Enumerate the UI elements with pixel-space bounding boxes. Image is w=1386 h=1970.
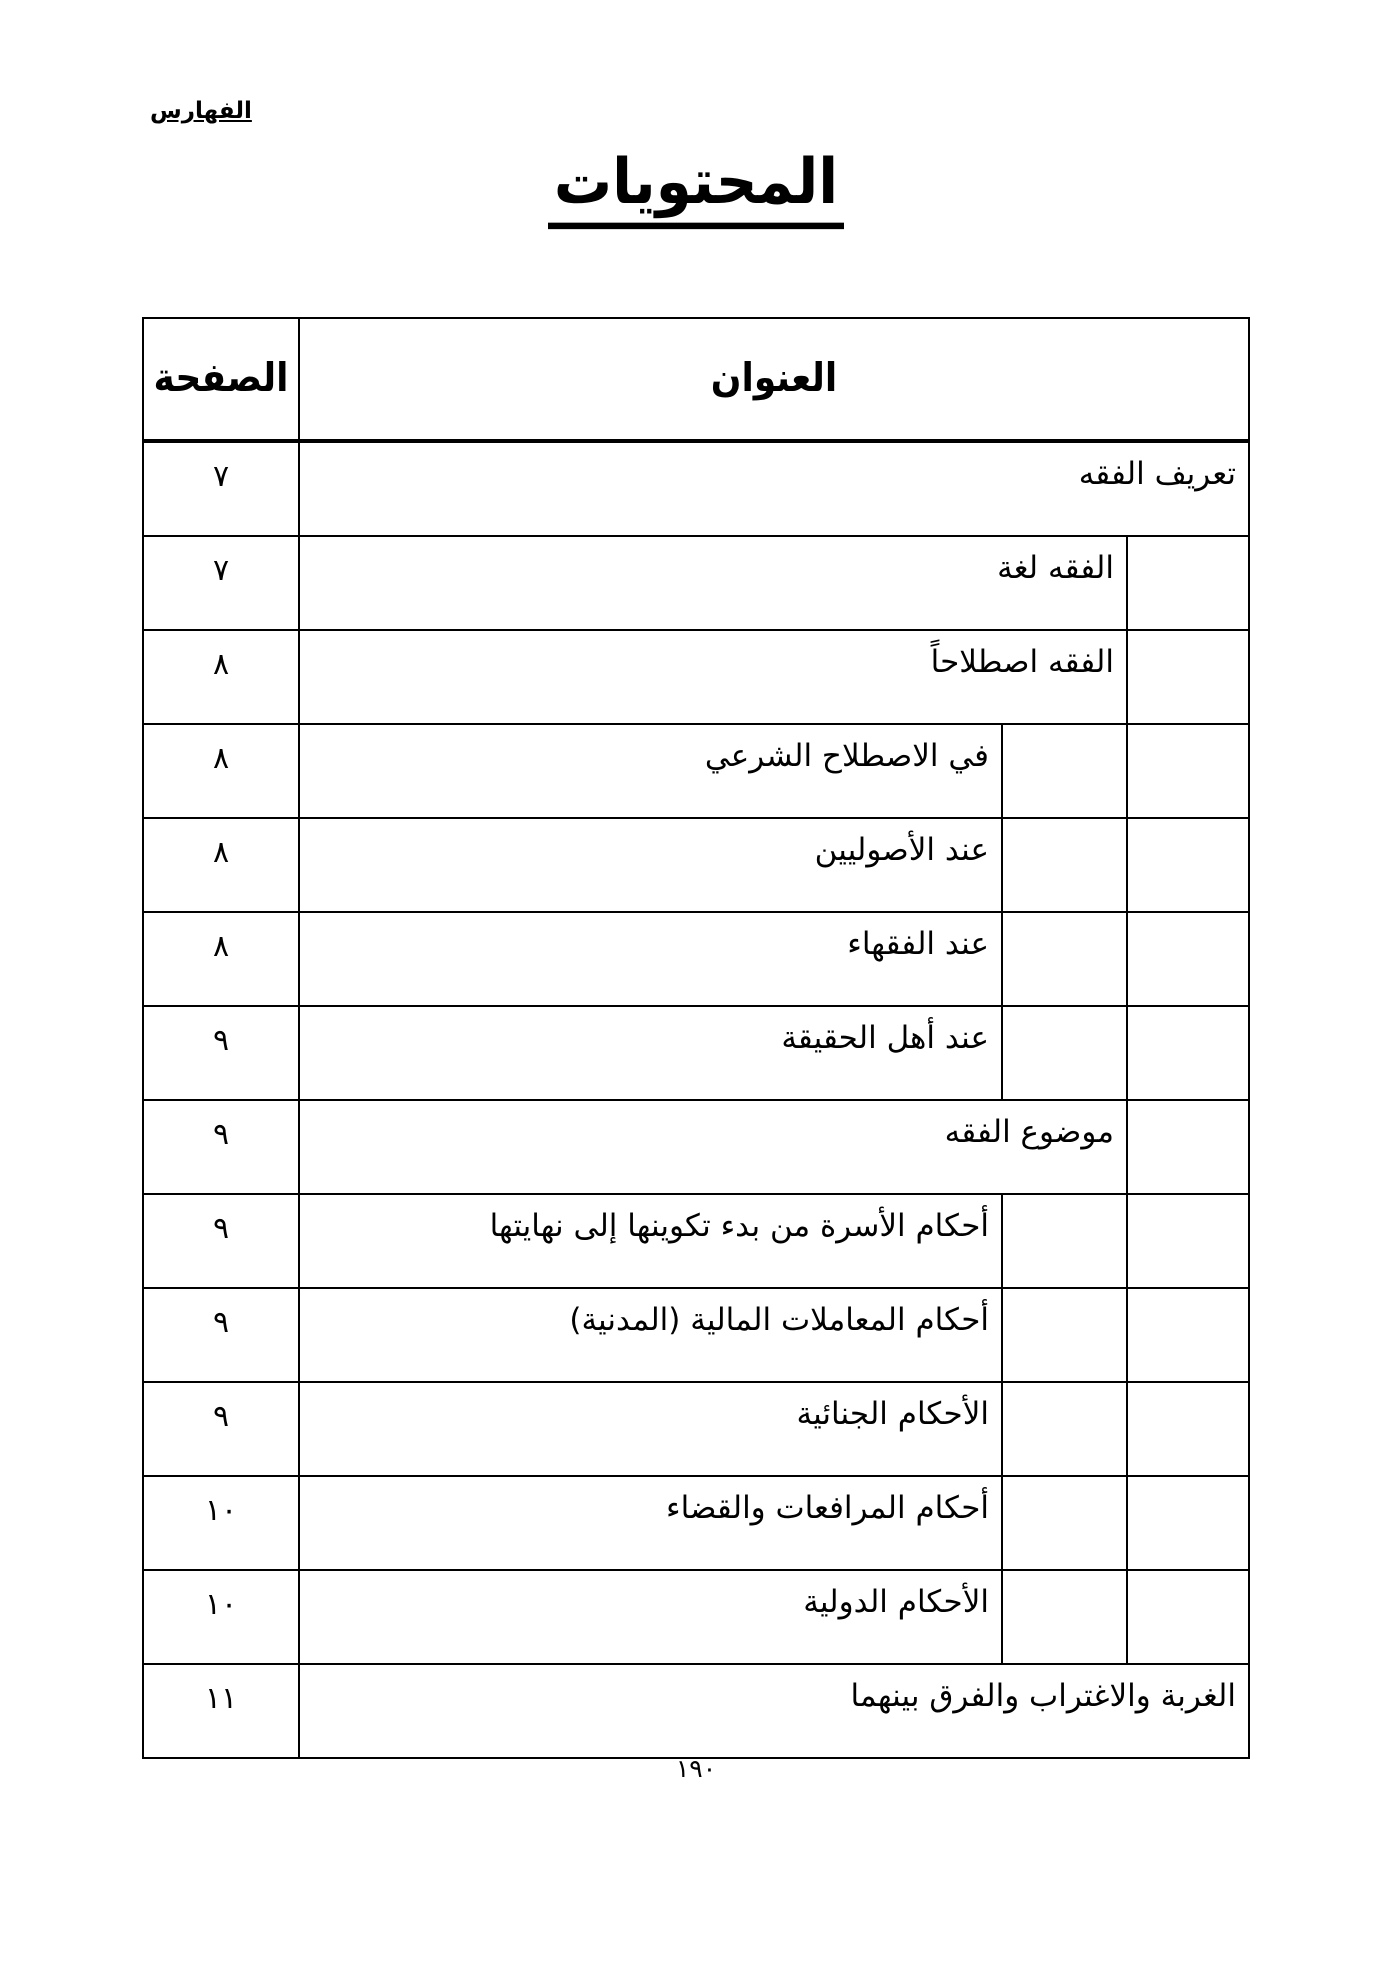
footer-page-number: ١٩٠ bbox=[142, 1754, 1250, 1783]
toc-row-page: ٨ bbox=[144, 913, 298, 1005]
toc-row: الأحكام الدولية ١٠ bbox=[144, 1571, 1248, 1665]
toc-row: عند الأصوليين ٨ bbox=[144, 819, 1248, 913]
toc-row-indent-cell-outer bbox=[1126, 1195, 1248, 1287]
toc-row-title: الأحكام الجنائية bbox=[298, 1383, 1001, 1475]
toc-header-page-label: الصفحة bbox=[153, 356, 288, 402]
toc-row-indent-cell-inner bbox=[1001, 1289, 1126, 1381]
toc-row-indent-cell-inner bbox=[1001, 725, 1126, 817]
toc-row-indent-cell-inner bbox=[1001, 1195, 1126, 1287]
toc-row-title: أحكام المرافعات والقضاء bbox=[298, 1477, 1001, 1569]
toc-row-title: أحكام المعاملات المالية (المدنية) bbox=[298, 1289, 1001, 1381]
toc-table: العنوان الصفحة تعريف الفقه ٧ الفقه لغة ٧… bbox=[142, 317, 1250, 1759]
page-title-text: المحتويات bbox=[548, 145, 844, 229]
toc-row-title: الفقه اصطلاحاً bbox=[298, 631, 1126, 723]
toc-row-page: ٩ bbox=[144, 1101, 298, 1193]
toc-row: أحكام الأسرة من بدء تكوينها إلى نهايتها … bbox=[144, 1195, 1248, 1289]
toc-header-title-label: العنوان bbox=[711, 356, 838, 402]
toc-row: تعريف الفقه ٧ bbox=[144, 443, 1248, 537]
toc-row: أحكام المعاملات المالية (المدنية) ٩ bbox=[144, 1289, 1248, 1383]
toc-header-page-cell: الصفحة bbox=[144, 319, 298, 439]
toc-row-page: ١٠ bbox=[144, 1571, 298, 1663]
toc-header-row: العنوان الصفحة bbox=[144, 319, 1248, 443]
toc-row-indent-cell-outer bbox=[1126, 631, 1248, 723]
toc-row-title: تعريف الفقه bbox=[298, 443, 1248, 535]
toc-row-page: ١١ bbox=[144, 1665, 298, 1757]
toc-row: الفقه اصطلاحاً ٨ bbox=[144, 631, 1248, 725]
toc-row-title: موضوع الفقه bbox=[298, 1101, 1126, 1193]
toc-row-indent-cell-outer bbox=[1126, 819, 1248, 911]
toc-row-title: في الاصطلاح الشرعي bbox=[298, 725, 1001, 817]
toc-row: عند الفقهاء ٨ bbox=[144, 913, 1248, 1007]
page-title: المحتويات bbox=[142, 148, 1250, 226]
toc-row-indent-cell-outer bbox=[1126, 1007, 1248, 1099]
toc-row-indent-cell-inner bbox=[1001, 1383, 1126, 1475]
toc-row-indent-cell-outer bbox=[1126, 725, 1248, 817]
toc-row-indent-cell-inner bbox=[1001, 913, 1126, 1005]
toc-row-indent-cell-inner bbox=[1001, 1477, 1126, 1569]
toc-row-page: ٧ bbox=[144, 537, 298, 629]
toc-row-indent-cell-outer bbox=[1126, 1383, 1248, 1475]
toc-row-page: ٩ bbox=[144, 1007, 298, 1099]
toc-row-page: ١٠ bbox=[144, 1477, 298, 1569]
toc-row: الفقه لغة ٧ bbox=[144, 537, 1248, 631]
toc-row: أحكام المرافعات والقضاء ١٠ bbox=[144, 1477, 1248, 1571]
toc-row-indent-cell-outer bbox=[1126, 913, 1248, 1005]
toc-header-title-cell: العنوان bbox=[298, 319, 1248, 439]
toc-row-page: ٨ bbox=[144, 725, 298, 817]
toc-body: تعريف الفقه ٧ الفقه لغة ٧ الفقه اصطلاحاً… bbox=[144, 443, 1248, 1757]
toc-row-page: ٨ bbox=[144, 819, 298, 911]
toc-row-indent-cell-outer bbox=[1126, 1289, 1248, 1381]
toc-row: موضوع الفقه ٩ bbox=[144, 1101, 1248, 1195]
toc-row: عند أهل الحقيقة ٩ bbox=[144, 1007, 1248, 1101]
toc-row-indent-cell-inner bbox=[1001, 819, 1126, 911]
toc-row-title: عند الأصوليين bbox=[298, 819, 1001, 911]
toc-row-indent-cell-outer bbox=[1126, 1101, 1248, 1193]
toc-row-title: الغربة والاغتراب والفرق بينهما bbox=[298, 1665, 1248, 1757]
toc-row-title: الفقه لغة bbox=[298, 537, 1126, 629]
toc-row-page: ٧ bbox=[144, 443, 298, 535]
running-head: الفهارس bbox=[150, 98, 252, 124]
toc-row: الغربة والاغتراب والفرق بينهما ١١ bbox=[144, 1665, 1248, 1757]
toc-row-page: ٨ bbox=[144, 631, 298, 723]
toc-row-indent-cell-outer bbox=[1126, 537, 1248, 629]
toc-row-title: الأحكام الدولية bbox=[298, 1571, 1001, 1663]
toc-row-indent-cell-outer bbox=[1126, 1571, 1248, 1663]
toc-row-page: ٩ bbox=[144, 1195, 298, 1287]
toc-row-page: ٩ bbox=[144, 1289, 298, 1381]
toc-row: في الاصطلاح الشرعي ٨ bbox=[144, 725, 1248, 819]
document-page: الفهارس المحتويات العنوان الصفحة تعريف ا… bbox=[0, 0, 1386, 1970]
toc-row-page: ٩ bbox=[144, 1383, 298, 1475]
toc-row-indent-cell-outer bbox=[1126, 1477, 1248, 1569]
toc-row-indent-cell-inner bbox=[1001, 1571, 1126, 1663]
toc-row: الأحكام الجنائية ٩ bbox=[144, 1383, 1248, 1477]
toc-row-title: عند أهل الحقيقة bbox=[298, 1007, 1001, 1099]
toc-row-title: عند الفقهاء bbox=[298, 913, 1001, 1005]
toc-row-indent-cell-inner bbox=[1001, 1007, 1126, 1099]
toc-row-title: أحكام الأسرة من بدء تكوينها إلى نهايتها bbox=[298, 1195, 1001, 1287]
